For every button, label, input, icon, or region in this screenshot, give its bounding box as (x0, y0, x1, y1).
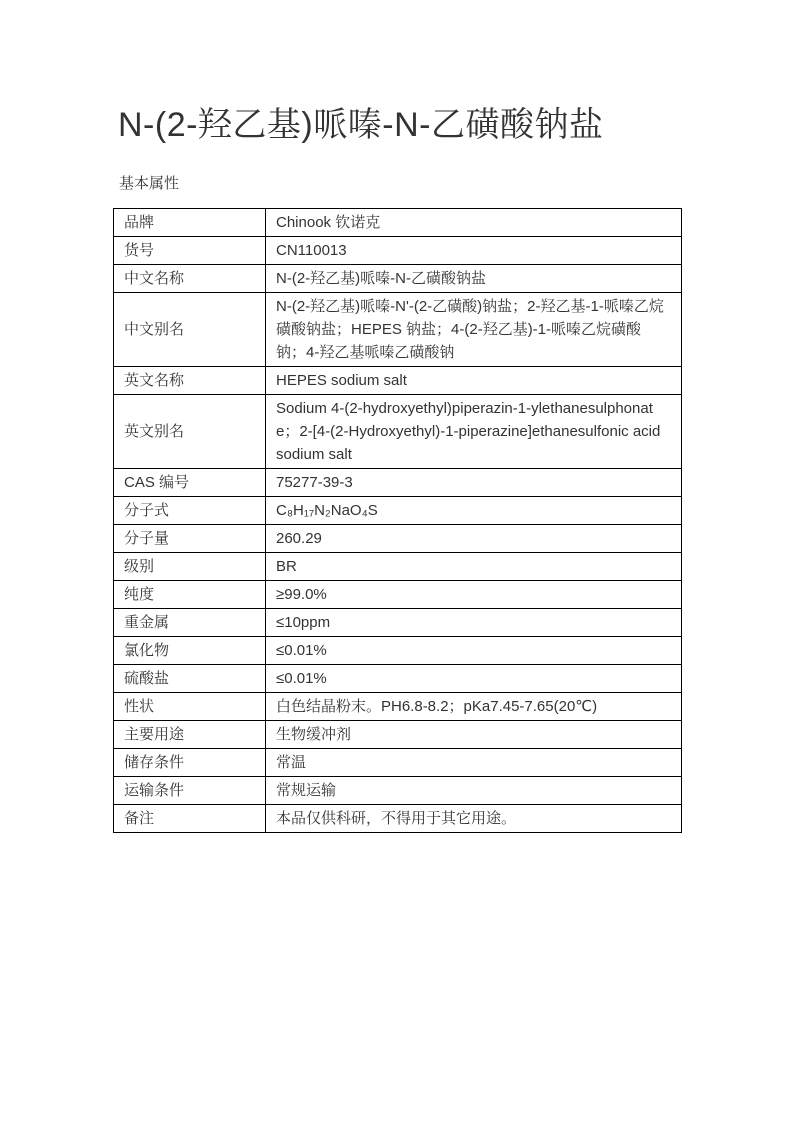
row-label: 英文名称 (114, 367, 266, 395)
row-value: BR (266, 553, 682, 581)
table-row: 中文别名N-(2-羟乙基)哌嗪-N'-(2-乙磺酸)钠盐；2-羟乙基-1-哌嗪乙… (114, 293, 682, 367)
properties-table-body: 品牌Chinook 钦诺克货号CN110013中文名称N-(2-羟乙基)哌嗪-N… (114, 209, 682, 833)
row-label: 氯化物 (114, 637, 266, 665)
row-value: Sodium 4-(2-hydroxyethyl)piperazin-1-yle… (266, 395, 682, 469)
row-label: 性状 (114, 693, 266, 721)
table-row: 级别BR (114, 553, 682, 581)
table-row: 重金属≤10ppm (114, 609, 682, 637)
row-label: 货号 (114, 237, 266, 265)
row-label: 中文别名 (114, 293, 266, 367)
row-label: 运输条件 (114, 777, 266, 805)
table-row: 品牌Chinook 钦诺克 (114, 209, 682, 237)
row-value: 常规运输 (266, 777, 682, 805)
table-row: 氯化物≤0.01% (114, 637, 682, 665)
page-title: N-(2-羟乙基)哌嗪-N-乙磺酸钠盐 (118, 97, 718, 146)
table-row: 储存条件常温 (114, 749, 682, 777)
table-row: 货号CN110013 (114, 237, 682, 265)
row-label: CAS 编号 (114, 469, 266, 497)
row-value: 白色结晶粉末。PH6.8-8.2；pKa7.45-7.65(20℃) (266, 693, 682, 721)
table-row: 分子量260.29 (114, 525, 682, 553)
table-row: 英文别名Sodium 4-(2-hydroxyethyl)piperazin-1… (114, 395, 682, 469)
row-value: ≥99.0% (266, 581, 682, 609)
row-value: N-(2-羟乙基)哌嗪-N-乙磺酸钠盐 (266, 265, 682, 293)
table-row: 中文名称N-(2-羟乙基)哌嗪-N-乙磺酸钠盐 (114, 265, 682, 293)
table-row: 运输条件常规运输 (114, 777, 682, 805)
document-page: N-(2-羟乙基)哌嗪-N-乙磺酸钠盐 基本属性 品牌Chinook 钦诺克货号… (0, 0, 793, 1122)
row-label: 重金属 (114, 609, 266, 637)
table-row: 性状白色结晶粉末。PH6.8-8.2；pKa7.45-7.65(20℃) (114, 693, 682, 721)
row-value: Chinook 钦诺克 (266, 209, 682, 237)
table-row: 硫酸盐≤0.01% (114, 665, 682, 693)
row-value: C₈H₁₇N₂NaO₄S (266, 497, 682, 525)
row-label: 纯度 (114, 581, 266, 609)
row-label: 分子量 (114, 525, 266, 553)
row-value: 常温 (266, 749, 682, 777)
row-value: HEPES sodium salt (266, 367, 682, 395)
row-value: ≤10ppm (266, 609, 682, 637)
row-value: 75277-39-3 (266, 469, 682, 497)
row-label: 级别 (114, 553, 266, 581)
table-row: 英文名称HEPES sodium salt (114, 367, 682, 395)
row-label: 储存条件 (114, 749, 266, 777)
row-value: N-(2-羟乙基)哌嗪-N'-(2-乙磺酸)钠盐；2-羟乙基-1-哌嗪乙烷磺酸钠… (266, 293, 682, 367)
row-label: 硫酸盐 (114, 665, 266, 693)
row-label: 主要用途 (114, 721, 266, 749)
row-label: 品牌 (114, 209, 266, 237)
table-row: 纯度≥99.0% (114, 581, 682, 609)
row-value: 本品仅供科研，不得用于其它用途。 (266, 805, 682, 833)
properties-table: 品牌Chinook 钦诺克货号CN110013中文名称N-(2-羟乙基)哌嗪-N… (113, 208, 682, 833)
row-value: CN110013 (266, 237, 682, 265)
table-row: CAS 编号75277-39-3 (114, 469, 682, 497)
table-row: 备注本品仅供科研，不得用于其它用途。 (114, 805, 682, 833)
section-heading: 基本属性 (119, 172, 179, 193)
row-label: 英文别名 (114, 395, 266, 469)
table-row: 分子式C₈H₁₇N₂NaO₄S (114, 497, 682, 525)
row-value: ≤0.01% (266, 637, 682, 665)
row-value: 生物缓冲剂 (266, 721, 682, 749)
row-label: 分子式 (114, 497, 266, 525)
row-label: 备注 (114, 805, 266, 833)
row-label: 中文名称 (114, 265, 266, 293)
row-value: 260.29 (266, 525, 682, 553)
row-value: ≤0.01% (266, 665, 682, 693)
table-row: 主要用途生物缓冲剂 (114, 721, 682, 749)
